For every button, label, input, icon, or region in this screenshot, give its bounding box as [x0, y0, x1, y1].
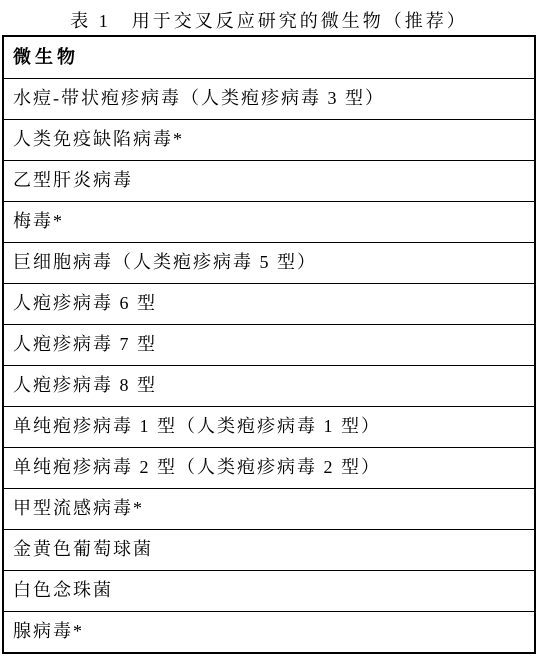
- table-cell: 人疱疹病毒 6 型: [3, 284, 535, 325]
- table-header-row: 微生物: [3, 36, 535, 79]
- table-row: 白色念珠菌: [3, 571, 535, 612]
- table-row: 人疱疹病毒 8 型: [3, 366, 535, 407]
- table-row: 乙型肝炎病毒: [3, 161, 535, 202]
- table-cell: 巨细胞病毒（人类疱疹病毒 5 型）: [3, 243, 535, 284]
- table-row: 人疱疹病毒 7 型: [3, 325, 535, 366]
- table-cell: 人疱疹病毒 7 型: [3, 325, 535, 366]
- table-cell: 金黄色葡萄球菌: [3, 530, 535, 571]
- table-row: 巨细胞病毒（人类疱疹病毒 5 型）: [3, 243, 535, 284]
- table-title: 表 1 用于交叉反应研究的微生物（推荐）: [0, 0, 538, 33]
- table-row: 金黄色葡萄球菌: [3, 530, 535, 571]
- table-row: 人疱疹病毒 6 型: [3, 284, 535, 325]
- table-cell: 人疱疹病毒 8 型: [3, 366, 535, 407]
- table-cell: 乙型肝炎病毒: [3, 161, 535, 202]
- microorganism-table: 微生物 水痘-带状疱疹病毒（人类疱疹病毒 3 型）人类免疫缺陷病毒*乙型肝炎病毒…: [2, 35, 536, 654]
- table-cell: 单纯疱疹病毒 2 型（人类疱疹病毒 2 型）: [3, 448, 535, 489]
- table-row: 单纯疱疹病毒 1 型（人类疱疹病毒 1 型）: [3, 407, 535, 448]
- table-cell: 梅毒*: [3, 202, 535, 243]
- table-body: 水痘-带状疱疹病毒（人类疱疹病毒 3 型）人类免疫缺陷病毒*乙型肝炎病毒梅毒*巨…: [3, 79, 535, 654]
- table-row: 人类免疫缺陷病毒*: [3, 120, 535, 161]
- table-row: 梅毒*: [3, 202, 535, 243]
- table-cell: 甲型流感病毒*: [3, 489, 535, 530]
- table-row: 单纯疱疹病毒 2 型（人类疱疹病毒 2 型）: [3, 448, 535, 489]
- table-cell: 腺病毒*: [3, 612, 535, 654]
- table-row: 腺病毒*: [3, 612, 535, 654]
- table-cell: 人类免疫缺陷病毒*: [3, 120, 535, 161]
- table-row: 甲型流感病毒*: [3, 489, 535, 530]
- table-head: 微生物: [3, 36, 535, 79]
- table-cell: 单纯疱疹病毒 1 型（人类疱疹病毒 1 型）: [3, 407, 535, 448]
- table-cell: 白色念珠菌: [3, 571, 535, 612]
- table-row: 水痘-带状疱疹病毒（人类疱疹病毒 3 型）: [3, 79, 535, 120]
- document-page: 表 1 用于交叉反应研究的微生物（推荐） 微生物 水痘-带状疱疹病毒（人类疱疹病…: [0, 0, 538, 667]
- table-header-cell: 微生物: [3, 36, 535, 79]
- table-cell: 水痘-带状疱疹病毒（人类疱疹病毒 3 型）: [3, 79, 535, 120]
